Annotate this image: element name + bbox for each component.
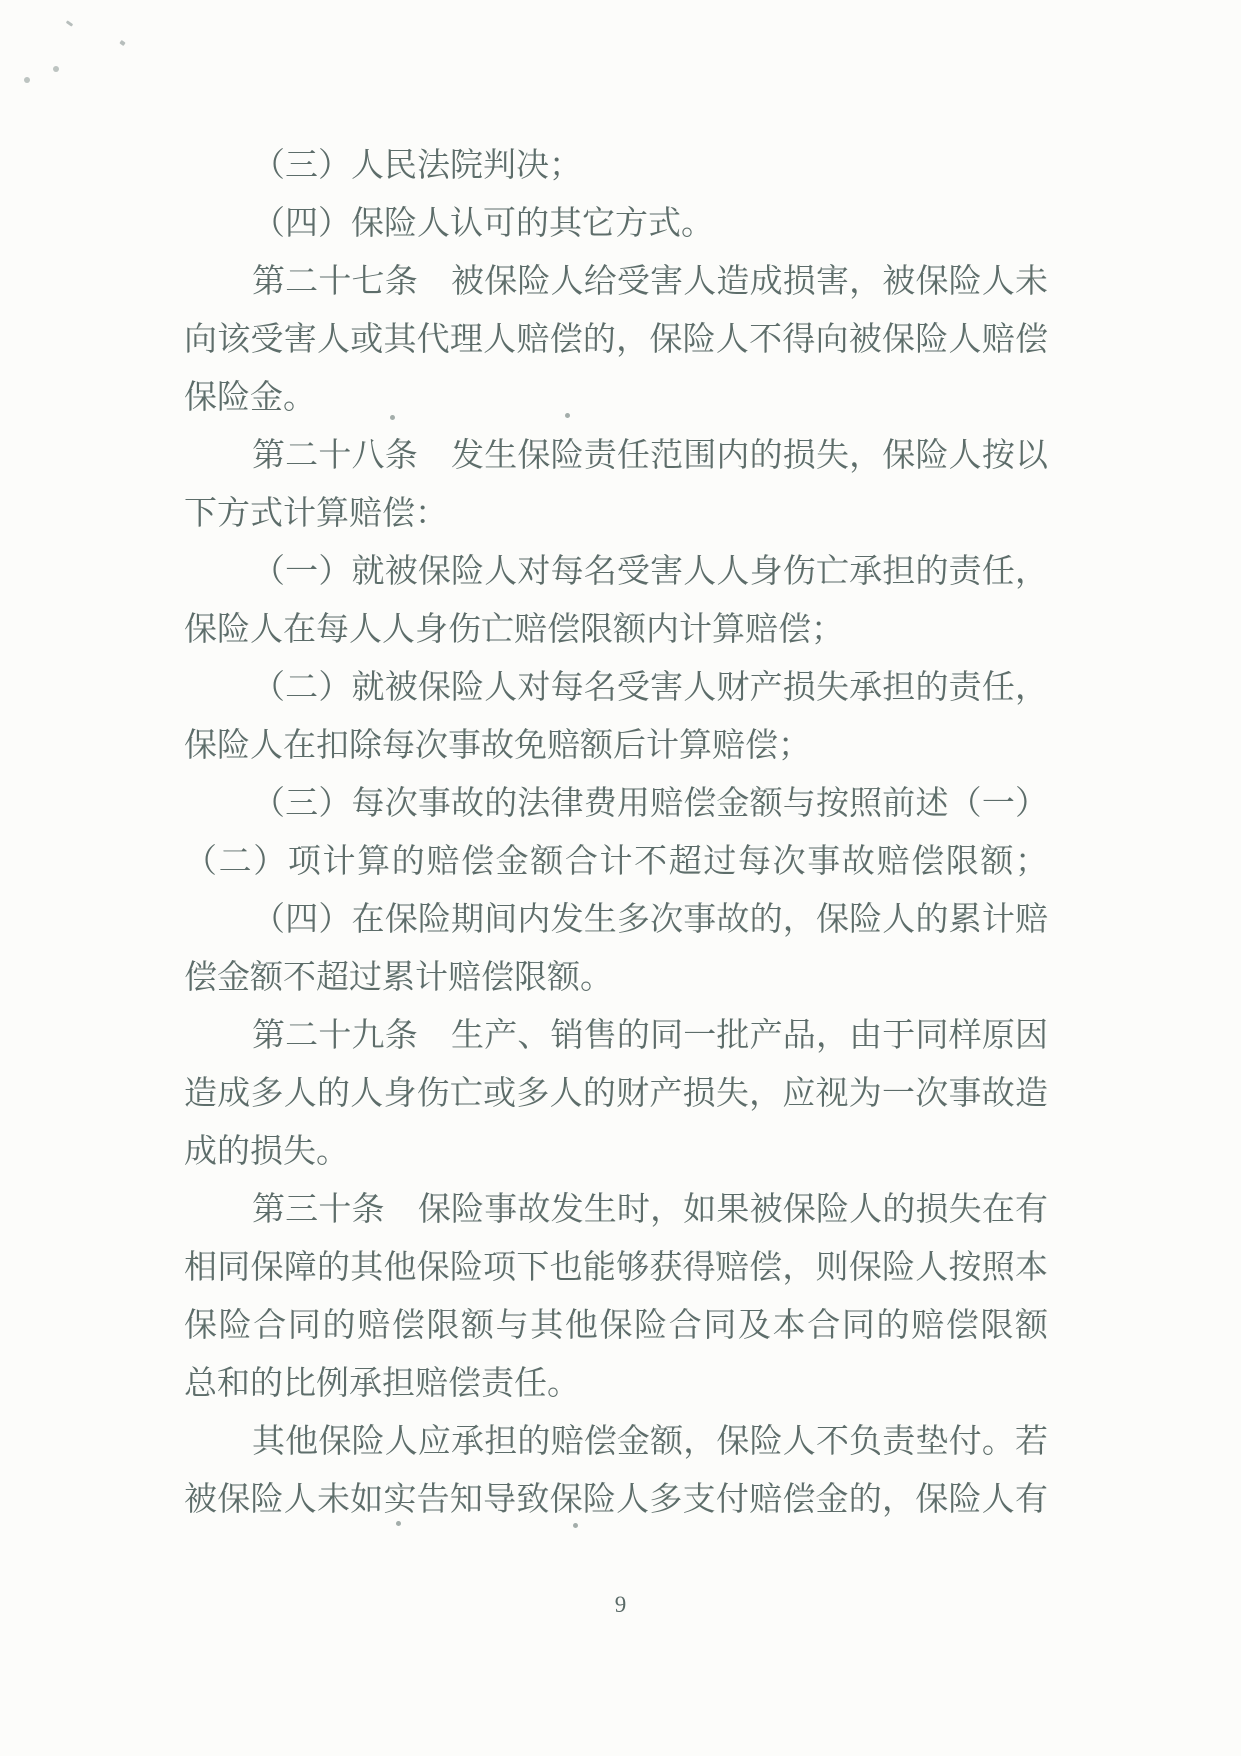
text-line: 第二十九条 生产、销售的同一批产品，由于同样原因 bbox=[184, 1007, 1048, 1065]
text-line: 造成多人的人身伤亡或多人的财产损失，应视为一次事故造 bbox=[184, 1065, 1048, 1123]
text-line: （一）就被保险人对每名受害人人身伤亡承担的责任， bbox=[184, 543, 1048, 601]
text-line: 保险合同的赔偿限额与其他保险合同及本合同的赔偿限额 bbox=[184, 1297, 1048, 1355]
text-line: （四）保险人认可的其它方式。 bbox=[184, 195, 1048, 253]
scan-speck bbox=[716, 1251, 720, 1256]
scan-speck bbox=[24, 77, 30, 83]
text-line: 保险人在扣除每次事故免赔额后计算赔偿； bbox=[184, 717, 1048, 775]
text-line: 总和的比例承担赔偿责任。 bbox=[184, 1355, 1048, 1413]
text-line: （二）项计算的赔偿金额合计不超过每次事故赔偿限额； bbox=[184, 833, 1048, 891]
text-line: 被保险人未如实告知导致保险人多支付赔偿金的，保险人有 bbox=[184, 1471, 1048, 1529]
document-page: （三）人民法院判决；（四）保险人认可的其它方式。第二十七条 被保险人给受害人造成… bbox=[0, 0, 1241, 1756]
scan-speck bbox=[53, 66, 59, 72]
text-line: 第二十八条 发生保险责任范围内的损失，保险人按以 bbox=[184, 427, 1048, 485]
text-line: 相同保障的其他保险项下也能够获得赔偿，则保险人按照本 bbox=[184, 1239, 1048, 1297]
text-line: 成的损失。 bbox=[184, 1123, 1048, 1181]
text-line: 第三十条 保险事故发生时，如果被保险人的损失在有 bbox=[184, 1181, 1048, 1239]
text-line: 下方式计算赔偿： bbox=[184, 485, 1048, 543]
text-line: 保险人在每人人身伤亡赔偿限额内计算赔偿； bbox=[184, 601, 1048, 659]
text-line: 偿金额不超过累计赔偿限额。 bbox=[184, 949, 1048, 1007]
text-line: （四）在保险期间内发生多次事故的，保险人的累计赔 bbox=[184, 891, 1048, 949]
text-line: 第二十七条 被保险人给受害人造成损害，被保险人未 bbox=[184, 253, 1048, 311]
scan-speck bbox=[396, 1521, 401, 1526]
scan-speck bbox=[119, 40, 125, 46]
text-line: 其他保险人应承担的赔偿金额，保险人不负责垫付。若 bbox=[184, 1413, 1048, 1471]
text-line: （二）就被保险人对每名受害人财产损失承担的责任， bbox=[184, 659, 1048, 717]
scan-speck bbox=[390, 415, 395, 420]
document-body: （三）人民法院判决；（四）保险人认可的其它方式。第二十七条 被保险人给受害人造成… bbox=[184, 137, 1048, 1529]
text-line: （三）每次事故的法律费用赔偿金额与按照前述（一） bbox=[184, 775, 1048, 833]
scan-speck bbox=[66, 20, 73, 26]
text-line: 向该受害人或其代理人赔偿的，保险人不得向被保险人赔偿 bbox=[184, 311, 1048, 369]
scan-speck bbox=[573, 1523, 578, 1528]
text-line: （三）人民法院判决； bbox=[184, 137, 1048, 195]
text-line: 保险金。 bbox=[184, 369, 1048, 427]
scan-speck bbox=[565, 413, 570, 418]
page-number: 9 bbox=[0, 1592, 1241, 1618]
